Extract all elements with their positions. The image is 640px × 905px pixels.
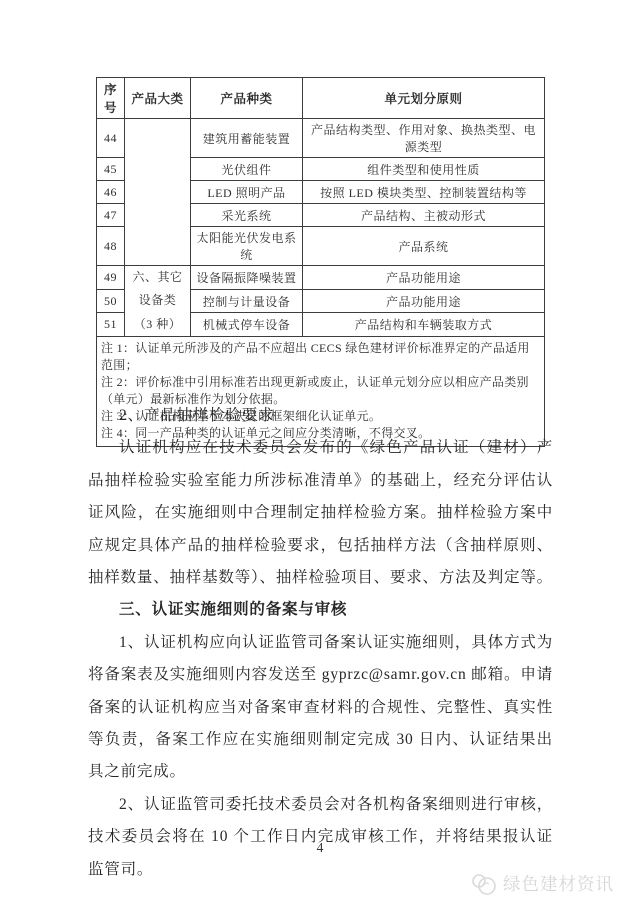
unit-division-table: 序号 产品大类 产品种类 单元划分原则 44 建筑用蓄能装置 产品结构类型、作用…: [96, 77, 545, 447]
page-number: 4: [0, 840, 640, 856]
table-row: 44 建筑用蓄能装置 产品结构类型、作用对象、换热类型、电源类型: [97, 119, 545, 158]
row-number-cell: 50: [97, 289, 125, 313]
unit-principle-cell: 组件类型和使用性质: [303, 158, 545, 181]
table-header-row: 序号 产品大类 产品种类 单元划分原则: [97, 78, 545, 119]
category-merged-cell-44-48: [125, 119, 191, 266]
row-number-cell: 51: [97, 313, 125, 337]
header-category: 产品大类: [125, 78, 191, 119]
row-number-cell: 44: [97, 119, 125, 158]
product-type-cell: 控制与计量设备: [191, 289, 303, 313]
document-body: 2、产品抽样检验要求 认证机构应在技术委员会发布的《绿色产品认证（建材）产品抽样…: [88, 400, 553, 886]
unit-principle-cell: 产品结构和车辆装取方式: [303, 313, 545, 337]
row-number-cell: 45: [97, 158, 125, 181]
paragraph-filing-1: 1、认证机构应向认证监管司备案认证实施细则，具体方式为将备案表及实施细则内容发送…: [88, 627, 553, 789]
product-type-cell: 光伏组件: [191, 158, 303, 181]
row-number-cell: 47: [97, 204, 125, 227]
category-merged-cell-49-51: 六、其它设备类（3 种）: [125, 266, 191, 337]
note-1: 注 1：认证单元所涉及的产品不应超出 CECS 绿色建材评价标准界定的产品适用范…: [101, 340, 540, 374]
product-type-cell: 机械式停车设备: [191, 313, 303, 337]
unit-principle-cell: 按照 LED 模块类型、控制装置结构等: [303, 181, 545, 204]
watermark: 绿色建材资讯: [469, 871, 614, 896]
row-number-cell: 49: [97, 266, 125, 290]
row-number-cell: 46: [97, 181, 125, 204]
product-type-cell: 太阳能光伏发电系统: [191, 227, 303, 266]
document-page: 序号 产品大类 产品种类 单元划分原则 44 建筑用蓄能装置 产品结构类型、作用…: [0, 0, 640, 905]
product-type-cell: 建筑用蓄能装置: [191, 119, 303, 158]
unit-division-table-wrap: 序号 产品大类 产品种类 单元划分原则 44 建筑用蓄能装置 产品结构类型、作用…: [96, 77, 545, 447]
unit-principle-cell: 产品功能用途: [303, 266, 545, 290]
product-type-cell: LED 照明产品: [191, 181, 303, 204]
table-row: 49 六、其它设备类（3 种） 设备隔振降噪装置 产品功能用途: [97, 266, 545, 290]
product-type-cell: 采光系统: [191, 204, 303, 227]
subheading-sampling-requirements: 2、产品抽样检验要求: [88, 400, 553, 432]
unit-principle-cell: 产品结构类型、作用对象、换热类型、电源类型: [303, 119, 545, 158]
unit-principle-cell: 产品功能用途: [303, 289, 545, 313]
product-type-cell: 设备隔振降噪装置: [191, 266, 303, 290]
header-type: 产品种类: [191, 78, 303, 119]
paragraph-sampling-requirements: 认证机构应在技术委员会发布的《绿色产品认证（建材）产品抽样检验实验室能力所涉标准…: [88, 432, 553, 594]
section-heading-filing-review: 三、认证实施细则的备案与审核: [88, 594, 553, 626]
watermark-logo-icon: [469, 872, 499, 896]
watermark-text: 绿色建材资讯: [503, 871, 614, 896]
unit-principle-cell: 产品系统: [303, 227, 545, 266]
header-no: 序号: [97, 78, 125, 119]
header-principle: 单元划分原则: [303, 78, 545, 119]
row-number-cell: 48: [97, 227, 125, 266]
unit-principle-cell: 产品结构、主被动形式: [303, 204, 545, 227]
